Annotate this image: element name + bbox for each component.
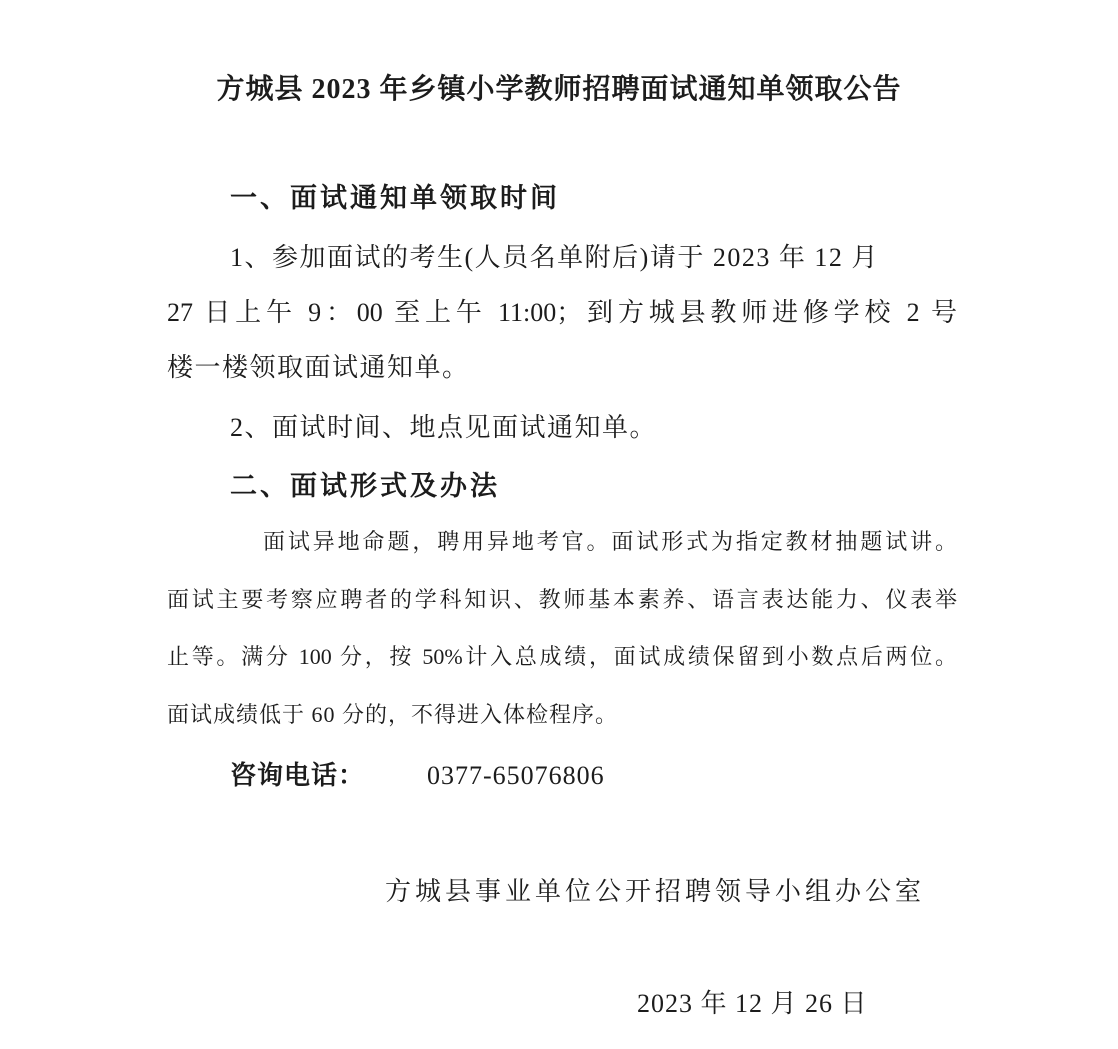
section-2-line-2: 面试主要考察应聘者的学科知识、教师基本素养、语言表达能力、仪表举 — [167, 586, 957, 614]
section-1-item-1-line-3: 楼一楼领取面试通知单。 — [167, 352, 470, 385]
section-1-item-1-line-2: 27 日上午 9：00 至上午 11:00；到方城县教师进修学校 2 号 — [167, 297, 957, 330]
signoff-date: 2023 年 12 月 26 日 — [637, 988, 868, 1021]
section-1-item-2: 2、面试时间、地点见面试通知单。 — [230, 412, 657, 445]
section-2-line-4: 面试成绩低于 60 分的，不得进入体检程序。 — [167, 701, 618, 729]
contact-label: 咨询电话： — [230, 761, 365, 790]
section-1-heading: 一、面试通知单领取时间 — [230, 182, 560, 216]
contact-line: 咨询电话：0377-65076806 — [230, 760, 605, 793]
section-1-item-1-line-1: 1、参加面试的考生(人员名单附后)请于 2023 年 12 月 — [230, 242, 879, 275]
contact-phone-number: 0377-65076806 — [427, 761, 605, 790]
section-2-heading: 二、面试形式及办法 — [230, 470, 500, 504]
document-title: 方城县 2023 年乡镇小学教师招聘面试通知单领取公告 — [0, 72, 1118, 107]
signoff-organization: 方城县事业单位公开招聘领导小组办公室 — [385, 876, 925, 909]
section-2-line-3: 止等。满分 100 分，按 50%计入总成绩，面试成绩保留到小数点后两位。 — [167, 643, 957, 671]
section-2-line-1: 面试异地命题，聘用异地考官。面试形式为指定教材抽题试讲。 — [167, 528, 957, 556]
document-page: 方城县 2023 年乡镇小学教师招聘面试通知单领取公告 一、面试通知单领取时间 … — [0, 0, 1118, 1049]
